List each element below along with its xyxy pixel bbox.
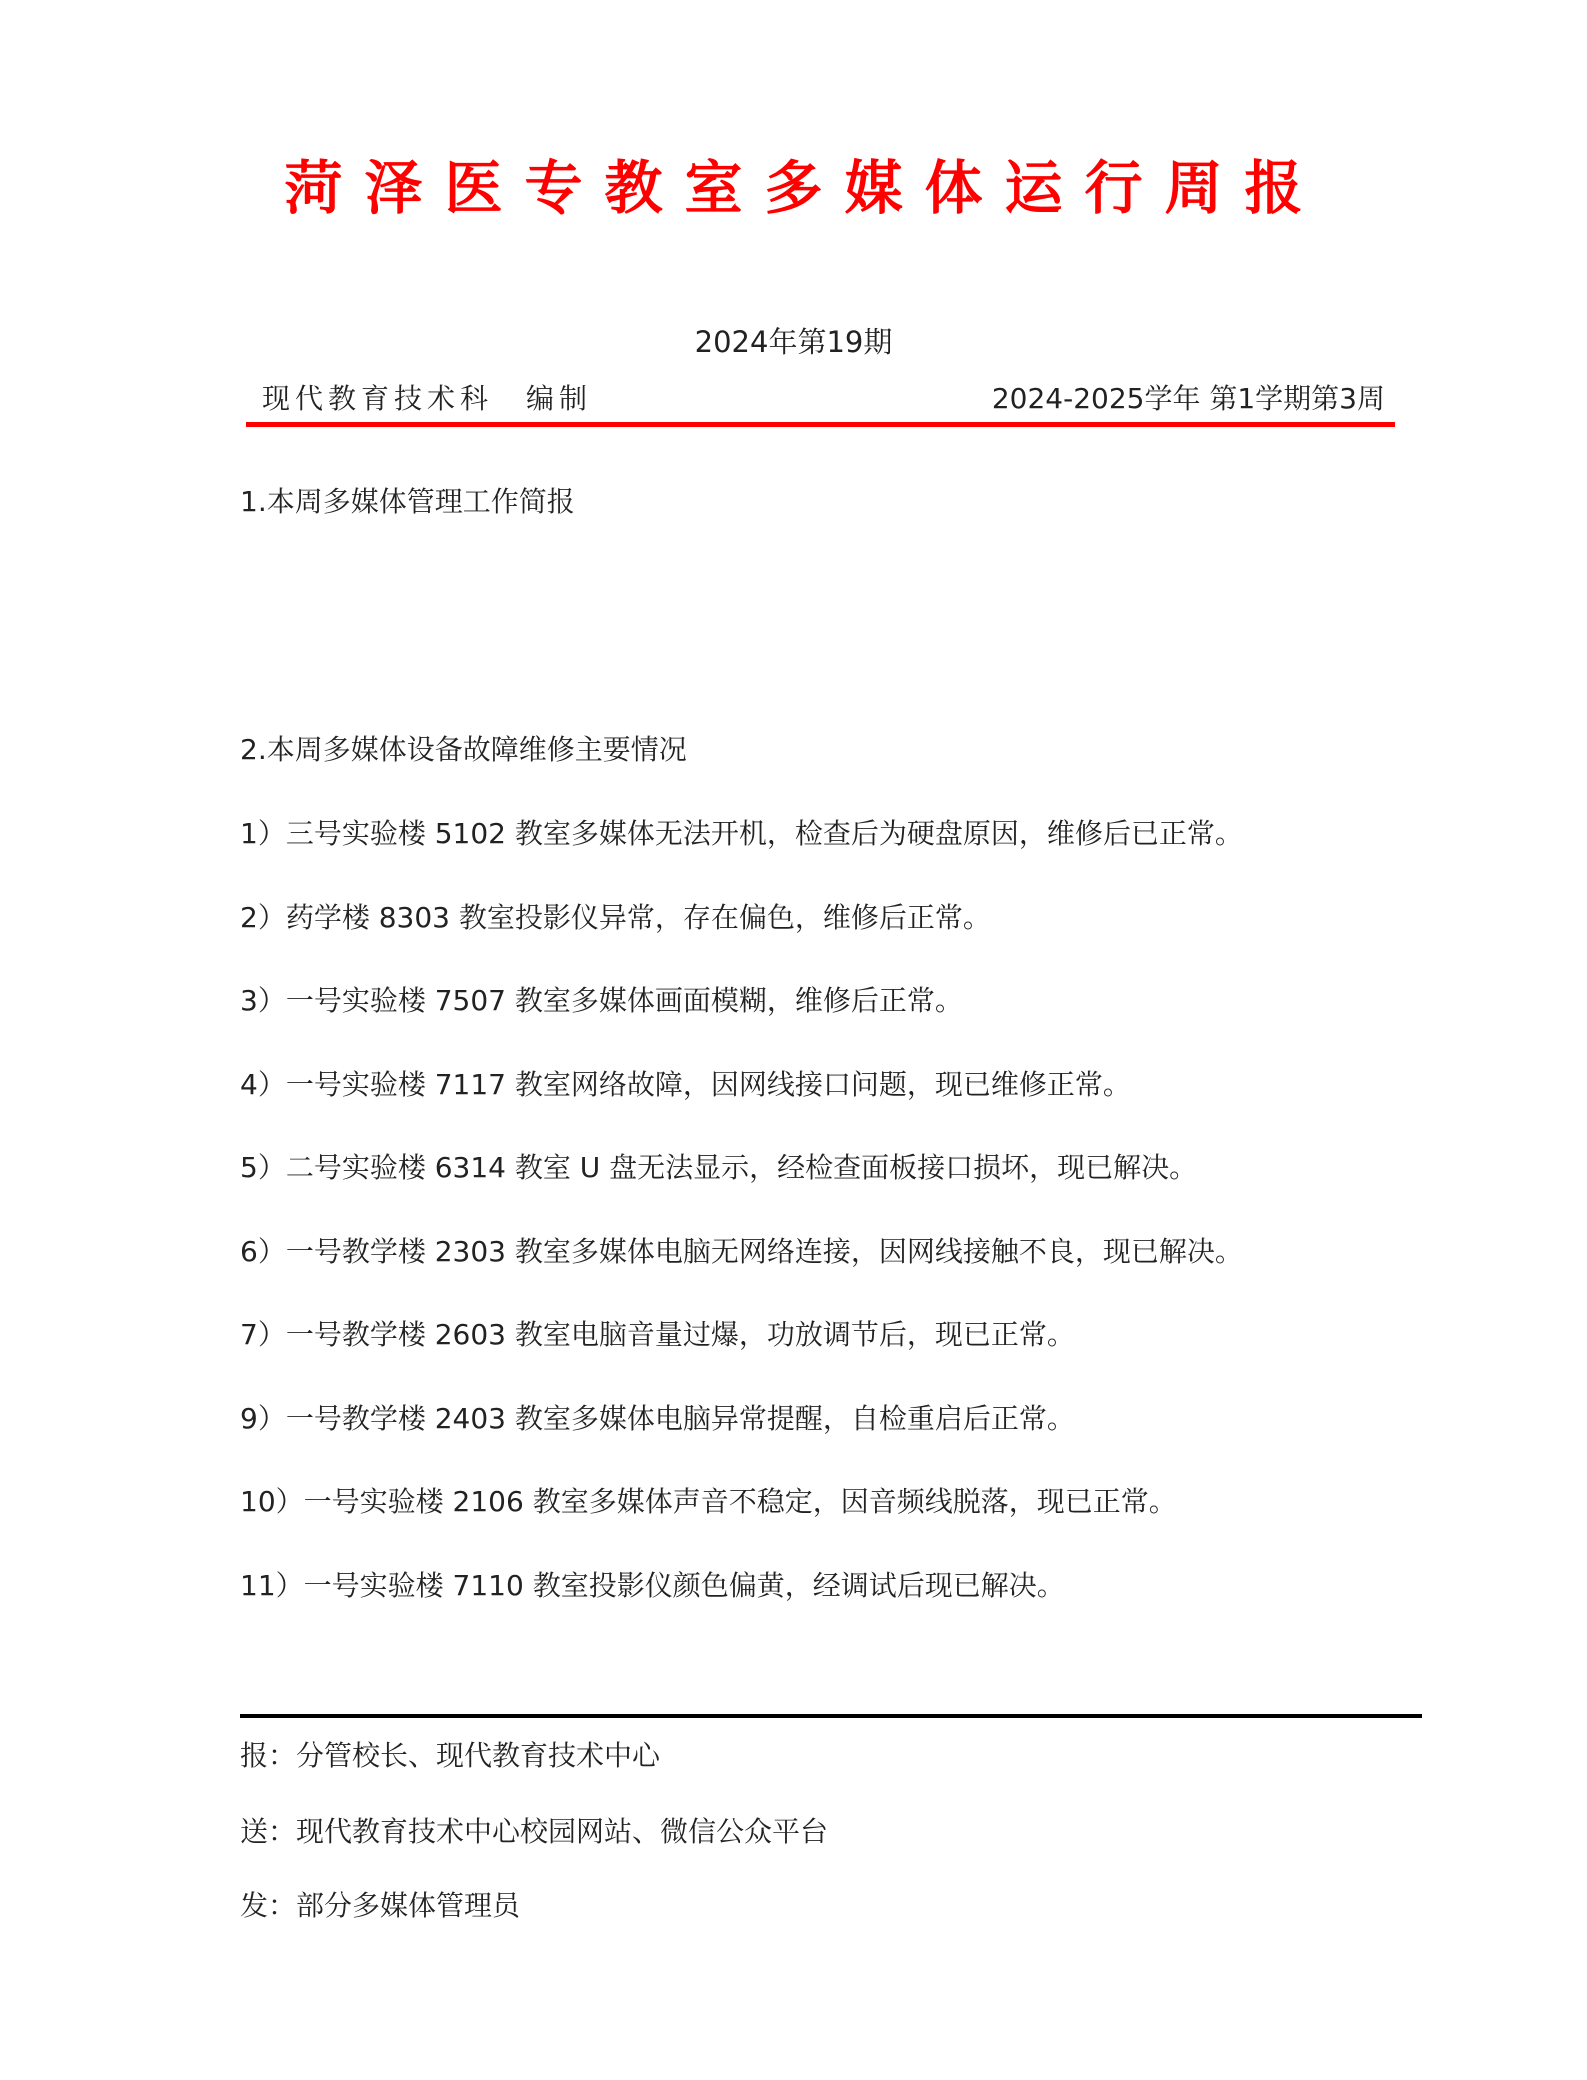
- document-title: 菏泽医专教室多媒体运行周报: [0, 148, 1587, 228]
- editor-department: 现代教育技术科 编制: [262, 379, 592, 419]
- list-item: 3）一号实验楼 7507 教室多媒体画面模糊，维修后正常。: [240, 981, 1243, 1065]
- footer-divider: [240, 1714, 1422, 1718]
- list-item: 7）一号教学楼 2603 教室电脑音量过爆，功放调节后，现已正常。: [240, 1315, 1243, 1399]
- list-item: 2）药学楼 8303 教室投影仪异常，存在偏色，维修后正常。: [240, 898, 1243, 982]
- list-item: 9）一号教学楼 2403 教室多媒体电脑异常提醒，自检重启后正常。: [240, 1399, 1243, 1483]
- list-item: 11）一号实验楼 7110 教室投影仪颜色偏黄，经调试后现已解决。: [240, 1566, 1243, 1650]
- academic-term: 2024-2025学年 第1学期第3周: [992, 379, 1385, 419]
- section-heading-work-summary: 1.本周多媒体管理工作简报: [240, 482, 575, 522]
- distribution-send-to: 送：现代教育技术中心校园网站、微信公众平台: [240, 1812, 828, 1852]
- distribution-issue-to: 发：部分多媒体管理员: [240, 1886, 520, 1926]
- issue-number: 2024年第19期: [0, 322, 1587, 362]
- list-item: 4）一号实验楼 7117 教室网络故障，因网线接口问题，现已维修正常。: [240, 1065, 1243, 1149]
- repair-list: 1）三号实验楼 5102 教室多媒体无法开机，检查后为硬盘原因，维修后已正常。 …: [240, 814, 1243, 1649]
- header-divider: [246, 422, 1395, 427]
- list-item: 1）三号实验楼 5102 教室多媒体无法开机，检查后为硬盘原因，维修后已正常。: [240, 814, 1243, 898]
- list-item: 5）二号实验楼 6314 教室 U 盘无法显示，经检查面板接口损坏，现已解决。: [240, 1148, 1243, 1232]
- list-item: 6）一号教学楼 2303 教室多媒体电脑无网络连接，因网线接触不良，现已解决。: [240, 1232, 1243, 1316]
- list-item: 10）一号实验楼 2106 教室多媒体声音不稳定，因音频线脱落，现已正常。: [240, 1482, 1243, 1566]
- section-heading-repairs: 2.本周多媒体设备故障维修主要情况: [240, 730, 687, 770]
- distribution-report-to: 报：分管校长、现代教育技术中心: [240, 1736, 660, 1776]
